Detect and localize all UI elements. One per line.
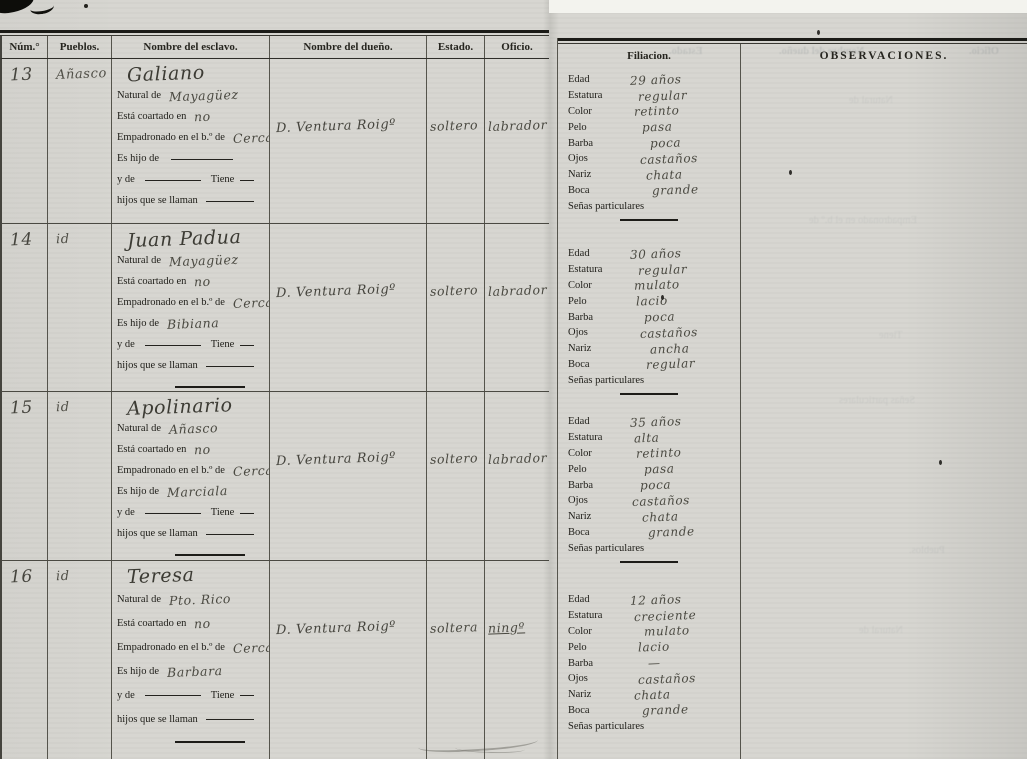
filiacion-row-14: Edad30 años Estaturaregular Colormulato … [558, 234, 1027, 402]
ink-speck [817, 30, 820, 35]
label-edad: Edad [568, 416, 624, 427]
blank-line [145, 344, 201, 346]
label-nariz: Nariz [568, 689, 624, 700]
oficio-value: labrador [488, 282, 548, 299]
label-coartado: Está coartado en [117, 444, 186, 455]
record-row-15: 15 id Apolinario Natural deAñasco Está c… [0, 391, 549, 560]
filiacion-row-13: Edad29 años Estaturaregular Colorretinto… [558, 67, 1027, 234]
bleedthrough-text: Pueblos. [909, 545, 945, 556]
blank-line [145, 179, 201, 181]
owner-name: D. Ventura Roigº [276, 619, 396, 638]
ojos-value: castaños [640, 325, 698, 341]
label-empadronado: Empadronado en el b.º de [117, 642, 225, 653]
record-number: 14 [10, 230, 34, 251]
label-edad: Edad [568, 74, 624, 85]
observaciones-cell [741, 234, 1027, 402]
left-page: Núm.° Pueblos. Nombre del esclavo. Nombr… [0, 0, 549, 759]
label-barba: Barba [568, 312, 624, 323]
label-ojos: Ojos [568, 327, 624, 338]
label-y-de: y de [117, 174, 135, 185]
record-row-14: 14 id Juan Padua Natural deMayagüez Está… [0, 223, 549, 391]
owner-name: D. Ventura Roigº [276, 450, 396, 469]
left-table-body: 13 Añasco Galiano Natural deMayagüez Est… [0, 59, 549, 759]
label-color: Color [568, 280, 624, 291]
edad-value: 29 años [630, 72, 682, 88]
senas-rule [620, 219, 678, 221]
natural-de-value: Mayagüez [169, 252, 239, 269]
oficio-value: labrador [488, 450, 548, 467]
bleedthrough-text: Empadronado en el b.º de [809, 215, 917, 226]
label-color: Color [568, 106, 624, 117]
color-value: mulato [634, 278, 680, 294]
slave-name: Galiano [127, 62, 206, 87]
registry-page: Núm.° Pueblos. Nombre del esclavo. Nombr… [0, 0, 1027, 759]
label-y-de: y de [117, 690, 135, 701]
label-hijos: hijos que se llaman [117, 714, 198, 725]
barba-value: poca [640, 478, 672, 493]
estatura-value: regular [638, 88, 688, 104]
estatura-value: alta [634, 430, 660, 445]
filiacion-row-16: Edad12 años Estaturacreciente Colormulat… [558, 570, 1027, 759]
estatura-value: regular [638, 262, 688, 278]
label-empadronado: Empadronado en el b.º de [117, 132, 225, 143]
label-hijo-de: Es hijo de [117, 318, 159, 329]
empadronado-value: Cercado [233, 294, 270, 311]
blank-line [240, 512, 254, 514]
color-value: retinto [634, 104, 680, 120]
label-ojos: Ojos [568, 495, 624, 506]
pelo-value: pasa [642, 120, 673, 135]
label-coartado: Está coartado en [117, 111, 186, 122]
natural-de-value: Pto. Rico [169, 590, 232, 607]
empadronado-value: Cercado [233, 129, 270, 146]
label-tiene: Tiene [211, 690, 235, 701]
senas-rule [620, 561, 678, 563]
label-ojos: Ojos [568, 673, 624, 684]
hijo-de-value: Marciala [167, 483, 228, 500]
senas-rule [620, 393, 678, 395]
slave-name: Teresa [127, 564, 195, 588]
label-edad: Edad [568, 594, 624, 605]
nariz-value: ancha [650, 341, 690, 356]
ojos-value: castaños [640, 151, 698, 167]
edad-value: 12 años [630, 592, 682, 608]
label-color: Color [568, 626, 624, 637]
natural-de-value: Añasco [169, 420, 219, 437]
continuation-rule [175, 386, 245, 388]
filiacion-row-15: Edad35 años Estaturaalta Colorretinto Pe… [558, 402, 1027, 570]
bleedthrough-text: Natural de [859, 625, 903, 636]
label-senas: Señas particulares [568, 543, 644, 554]
record-number: 15 [10, 398, 34, 419]
estado-value: soltero [430, 282, 479, 299]
label-estatura: Estatura [568, 264, 624, 275]
slave-name: Apolinario [127, 394, 233, 420]
blank-line [145, 694, 201, 696]
bleedthrough-text: Natural de [849, 95, 893, 106]
boca-value: grande [652, 183, 699, 199]
record-row-16: 16 id Teresa Natural dePto. Rico Está co… [0, 560, 549, 759]
estado-value: soltero [430, 450, 479, 467]
coartado-value: no [194, 274, 211, 290]
label-y-de: y de [117, 339, 135, 350]
boca-value: regular [646, 357, 696, 373]
natural-de-value: Mayagüez [169, 87, 239, 104]
estado-value: soltera [430, 619, 478, 636]
blank-line [206, 718, 254, 720]
label-hijo-de: Es hijo de [117, 486, 159, 497]
column-header-estado: Estado. [427, 36, 485, 58]
blank-line [240, 344, 254, 346]
bleedthrough-text: Estado. [669, 46, 703, 57]
label-senas: Señas particulares [568, 201, 644, 212]
record-number: 13 [10, 65, 34, 86]
pueblo-value: id [56, 232, 70, 247]
bleedthrough-text: Oficio. [969, 46, 999, 57]
ink-speck [661, 295, 664, 300]
oficio-value: ningº [488, 619, 525, 635]
label-estatura: Estatura [568, 432, 624, 443]
left-table-header: Núm.° Pueblos. Nombre del esclavo. Nombr… [0, 36, 549, 59]
label-pelo: Pelo [568, 296, 624, 307]
edad-value: 35 años [630, 414, 682, 430]
blank-line [206, 533, 254, 535]
pelo-value: lacio [638, 640, 670, 655]
label-barba: Barba [568, 138, 624, 149]
boca-value: grande [648, 525, 695, 541]
observaciones-cell [741, 570, 1027, 759]
page-top-margin [0, 0, 549, 30]
owner-name: D. Ventura Roigº [276, 282, 396, 301]
right-page: Filiacion. OBSERVACIONES. Edad29 años Es… [549, 0, 1027, 759]
bleedthrough-text: Nombre del dueño. [779, 46, 864, 57]
label-pelo: Pelo [568, 464, 624, 475]
label-ojos: Ojos [568, 153, 624, 164]
label-hijo-de: Es hijo de [117, 153, 159, 164]
edad-value: 30 años [630, 246, 682, 262]
ink-speck [939, 460, 942, 465]
coartado-value: no [194, 615, 211, 631]
label-boca: Boca [568, 185, 624, 196]
label-hijos: hijos que se llaman [117, 528, 198, 539]
estado-value: soltero [430, 117, 479, 134]
bleedthrough-text: Señas particulares [839, 395, 915, 406]
bleedthrough-text: Tiene [879, 330, 903, 341]
coartado-value: no [194, 109, 211, 125]
page-top-margin [549, 13, 1027, 38]
scan-background-strip [549, 0, 1027, 13]
label-senas: Señas particulares [568, 375, 644, 386]
pueblo-value: id [56, 400, 70, 415]
label-estatura: Estatura [568, 610, 624, 621]
label-y-de: y de [117, 507, 135, 518]
label-edad: Edad [568, 248, 624, 259]
label-coartado: Está coartado en [117, 276, 186, 287]
blank-line [206, 365, 254, 367]
empadronado-value: Cercado [233, 639, 270, 656]
nariz-value: chata [646, 167, 683, 182]
ink-speck [84, 4, 88, 8]
blank-line [171, 158, 233, 160]
nariz-value: chata [634, 687, 671, 702]
label-natural-de: Natural de [117, 423, 161, 434]
column-header-num: Núm.° [2, 36, 48, 58]
label-hijos: hijos que se llaman [117, 195, 198, 206]
estatura-value: creciente [634, 608, 697, 624]
label-boca: Boca [568, 359, 624, 370]
label-estatura: Estatura [568, 90, 624, 101]
label-pelo: Pelo [568, 122, 624, 133]
record-number: 16 [10, 567, 34, 588]
blank-line [240, 694, 254, 696]
label-tiene: Tiene [211, 339, 235, 350]
label-tiene: Tiene [211, 174, 235, 185]
barba-value: — [648, 656, 661, 670]
observaciones-cell [741, 402, 1027, 570]
pueblo-value: id [56, 569, 70, 584]
hijo-de-value: Bibiana [167, 315, 220, 332]
label-pelo: Pelo [568, 642, 624, 653]
record-row-13: 13 Añasco Galiano Natural deMayagüez Est… [0, 59, 549, 223]
label-hijos: hijos que se llaman [117, 360, 198, 371]
label-natural-de: Natural de [117, 90, 161, 101]
label-nariz: Nariz [568, 343, 624, 354]
oficio-value: labrador [488, 117, 548, 134]
label-empadronado: Empadronado en el b.º de [117, 465, 225, 476]
label-coartado: Está coartado en [117, 618, 186, 629]
barba-value: poca [650, 136, 682, 151]
right-table: Filiacion. OBSERVACIONES. Edad29 años Es… [557, 38, 1027, 759]
observaciones-cell [741, 67, 1027, 234]
label-tiene: Tiene [211, 507, 235, 518]
nariz-value: chata [642, 509, 679, 524]
empadronado-value: Cercado [233, 462, 270, 479]
coartado-value: no [194, 442, 211, 458]
label-hijo-de: Es hijo de [117, 666, 159, 677]
column-header-dueno: Nombre del dueño. [270, 36, 427, 58]
ink-smudge-tail [29, 0, 55, 16]
label-barba: Barba [568, 480, 624, 491]
pueblo-value: Añasco [56, 66, 107, 83]
label-boca: Boca [568, 527, 624, 538]
ojos-value: castaños [632, 493, 690, 509]
label-color: Color [568, 448, 624, 459]
color-value: mulato [644, 624, 690, 640]
column-header-filiacion: Filiacion. [558, 44, 741, 67]
barba-value: poca [644, 310, 676, 325]
label-natural-de: Natural de [117, 594, 161, 605]
ink-speck [789, 170, 792, 175]
column-header-esclavo: Nombre del esclavo. [112, 36, 270, 58]
label-nariz: Nariz [568, 169, 624, 180]
owner-name: D. Ventura Roigº [276, 117, 396, 136]
column-header-oficio: Oficio. [485, 36, 549, 58]
blank-line [240, 179, 254, 181]
blank-line [145, 512, 201, 514]
label-empadronado: Empadronado en el b.º de [117, 297, 225, 308]
label-barba: Barba [568, 658, 624, 669]
label-natural-de: Natural de [117, 255, 161, 266]
slave-name: Juan Padua [127, 226, 242, 252]
column-header-pueblos: Pueblos. [48, 36, 112, 58]
label-senas: Señas particulares [568, 721, 644, 732]
label-boca: Boca [568, 705, 624, 716]
continuation-rule [175, 554, 245, 556]
color-value: retinto [636, 446, 682, 462]
hijo-de-value: Barbara [167, 663, 223, 680]
label-nariz: Nariz [568, 511, 624, 522]
continuation-rule [175, 741, 245, 743]
ojos-value: castaños [638, 671, 696, 687]
boca-value: grande [642, 703, 689, 719]
pelo-value: pasa [644, 462, 675, 477]
blank-line [206, 200, 254, 202]
